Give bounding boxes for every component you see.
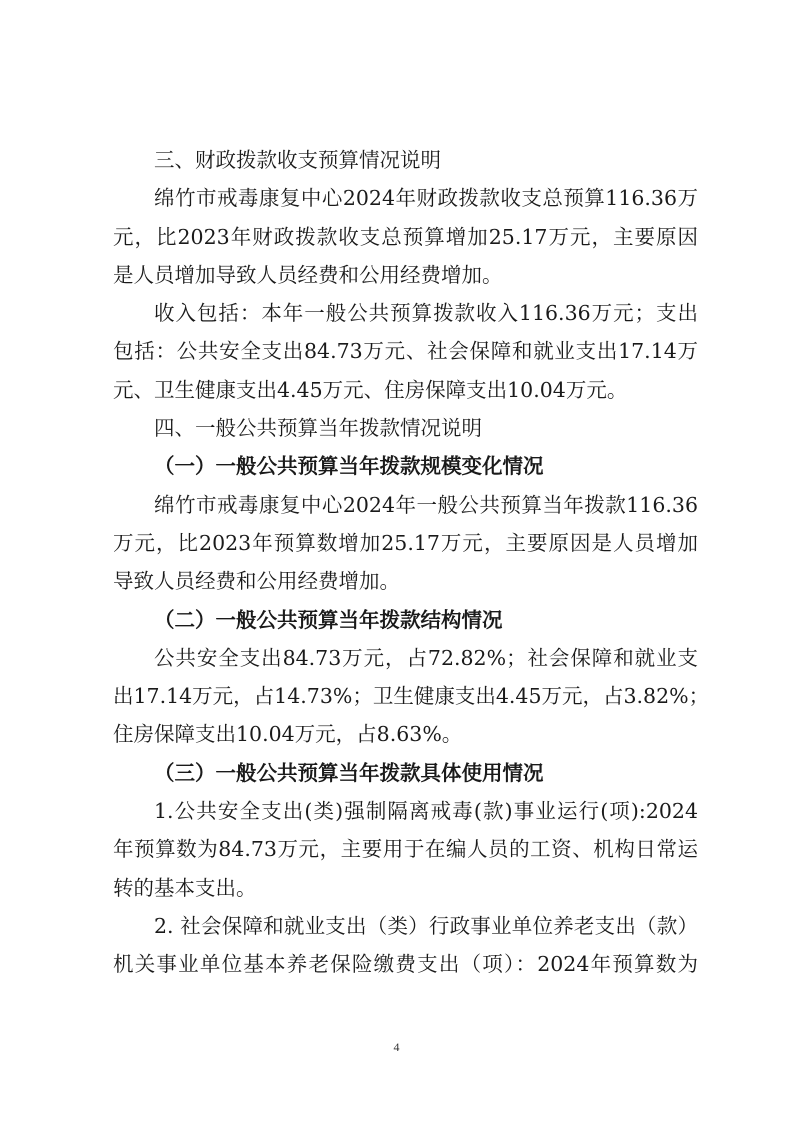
subheading-specific-use: （三）一般公共预算当年拨款具体使用情况	[113, 754, 698, 792]
heading-section-4: 四、一般公共预算当年拨款情况说明	[113, 409, 698, 447]
paragraph-line: 绵竹市戒毒康复中心2024年财政拨款收支总预算116.36万	[113, 179, 698, 217]
paragraph-line: 万元，比2023年预算数增加25.17万元，主要原因是人员增加	[113, 524, 698, 562]
heading-section-3: 三、财政拨款收支预算情况说明	[113, 141, 698, 179]
page-content: 三、财政拨款收支预算情况说明 绵竹市戒毒康复中心2024年财政拨款收支总预算11…	[113, 141, 698, 984]
paragraph-line: 2. 社会保障和就业支出（类）行政事业单位养老支出（款）	[113, 907, 698, 945]
heading-text: （三）一般公共预算当年拨款具体使用情况	[113, 754, 698, 792]
subheading-structure: （二）一般公共预算当年拨款结构情况	[113, 601, 698, 639]
heading-text: 四、一般公共预算当年拨款情况说明	[113, 409, 698, 447]
paragraph-item-1: 1.公共安全支出(类)强制隔离戒毒(款)事业运行(项):2024 年预算数为84…	[113, 792, 698, 907]
paragraph-line: 绵竹市戒毒康复中心2024年一般公共预算当年拨款116.36	[113, 486, 698, 524]
paragraph-line: 1.公共安全支出(类)强制隔离戒毒(款)事业运行(项):2024	[113, 792, 698, 830]
paragraph-total-budget: 绵竹市戒毒康复中心2024年财政拨款收支总预算116.36万 元，比2023年财…	[113, 179, 698, 294]
paragraph-line: 元，比2023年财政拨款收支总预算增加25.17万元，主要原因	[113, 218, 698, 256]
paragraph-line: 收入包括：本年一般公共预算拨款收入116.36万元；支出	[113, 294, 698, 332]
paragraph-line: 公共安全支出84.73万元，占72.82%；社会保障和就业支	[113, 639, 698, 677]
document-page: 三、财政拨款收支预算情况说明 绵竹市戒毒康复中心2024年财政拨款收支总预算11…	[0, 0, 793, 1122]
subheading-scale-change: （一）一般公共预算当年拨款规模变化情况	[113, 447, 698, 485]
heading-text: （一）一般公共预算当年拨款规模变化情况	[113, 447, 698, 485]
heading-text: （二）一般公共预算当年拨款结构情况	[113, 601, 698, 639]
paragraph-line: 是人员增加导致人员经费和公用经费增加。	[113, 256, 698, 294]
paragraph-line: 出17.14万元，占14.73%；卫生健康支出4.45万元，占3.82%；	[113, 677, 698, 715]
page-number: 4	[0, 1040, 793, 1055]
paragraph-line: 年预算数为84.73万元，主要用于在编人员的工资、机构日常运	[113, 830, 698, 868]
paragraph-structure: 公共安全支出84.73万元，占72.82%；社会保障和就业支 出17.14万元，…	[113, 639, 698, 754]
paragraph-income-expense: 收入包括：本年一般公共预算拨款收入116.36万元；支出 包括：公共安全支出84…	[113, 294, 698, 409]
paragraph-line: 包括：公共安全支出84.73万元、社会保障和就业支出17.14万	[113, 332, 698, 370]
paragraph-line: 转的基本支出。	[113, 869, 698, 907]
paragraph-line: 导致人员经费和公用经费增加。	[113, 562, 698, 600]
heading-text: 三、财政拨款收支预算情况说明	[113, 141, 698, 179]
paragraph-line: 元、卫生健康支出4.45万元、住房保障支出10.04万元。	[113, 371, 698, 409]
paragraph-line: 机关事业单位基本养老保险缴费支出（项）：2024年预算数为	[113, 945, 698, 983]
paragraph-line: 住房保障支出10.04万元，占8.63%。	[113, 715, 698, 753]
paragraph-scale-change: 绵竹市戒毒康复中心2024年一般公共预算当年拨款116.36 万元，比2023年…	[113, 486, 698, 601]
paragraph-item-2: 2. 社会保障和就业支出（类）行政事业单位养老支出（款） 机关事业单位基本养老保…	[113, 907, 698, 984]
